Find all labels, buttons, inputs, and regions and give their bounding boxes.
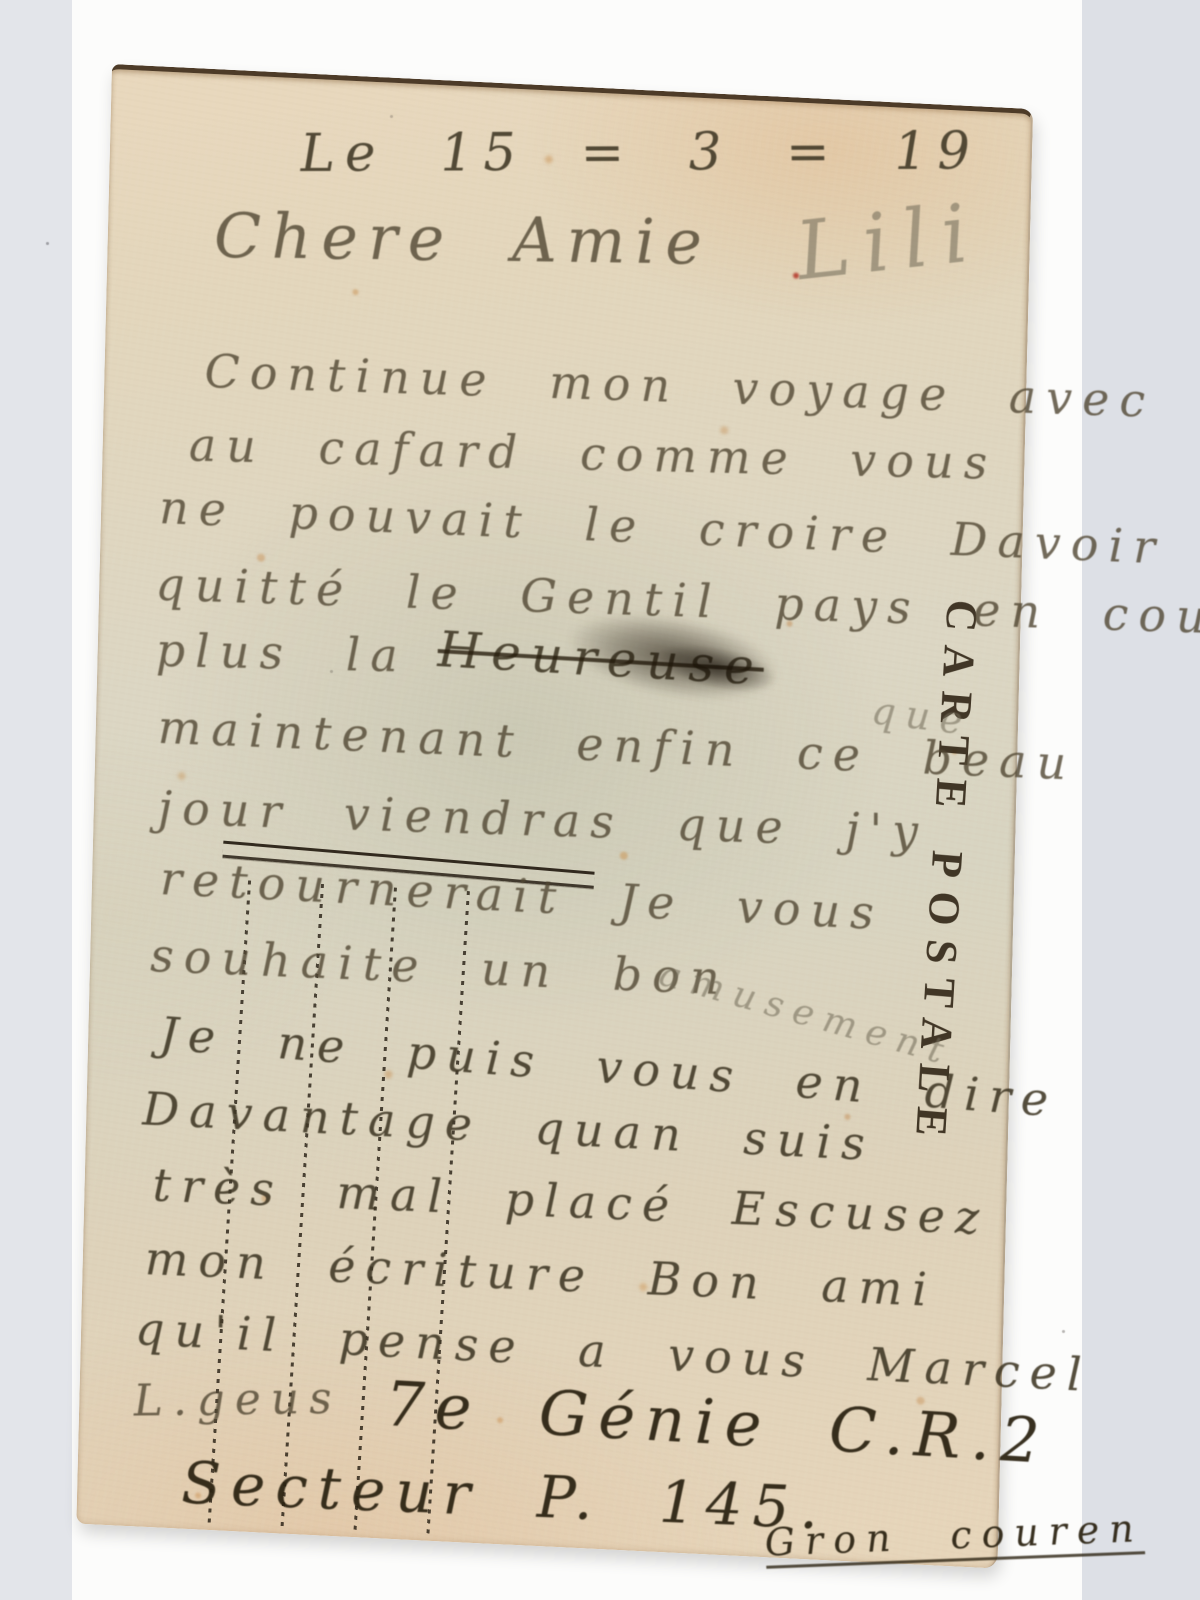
scanner-strip-right bbox=[1082, 0, 1200, 1600]
handwriting-line: au cafard comme vous bbox=[189, 418, 997, 490]
postcard: CARTE POSTALE Le 15 = 3 = 19 Chere Amie … bbox=[76, 64, 1033, 1569]
pencil-name: Lili bbox=[791, 185, 987, 298]
handwriting-line: ne pouvait le croire Davoir bbox=[159, 480, 1166, 574]
signature-initials: L.geus bbox=[133, 1373, 343, 1427]
handwriting-line: plus la bbox=[156, 623, 408, 683]
signature-sector: Secteur P. 145. bbox=[181, 1448, 829, 1542]
dust-specks bbox=[0, 0, 3, 3]
scanner-strip-left bbox=[0, 0, 72, 1600]
handwriting-line: mon écriture Bon ami bbox=[144, 1231, 937, 1317]
handwriting-line: retournerait Je vous bbox=[159, 851, 884, 940]
handwriting-line: Continue mon voyage avec bbox=[204, 344, 1155, 428]
date-line: Le 15 = 3 = 19 bbox=[299, 122, 981, 184]
salutation: Chere Amie bbox=[214, 199, 713, 279]
scanned-postcard-photo: CARTE POSTALE Le 15 = 3 = 19 Chere Amie … bbox=[0, 0, 1200, 1600]
handwriting-line: souhaite un bon bbox=[150, 928, 730, 1005]
foxing-spots bbox=[112, 69, 118, 75]
